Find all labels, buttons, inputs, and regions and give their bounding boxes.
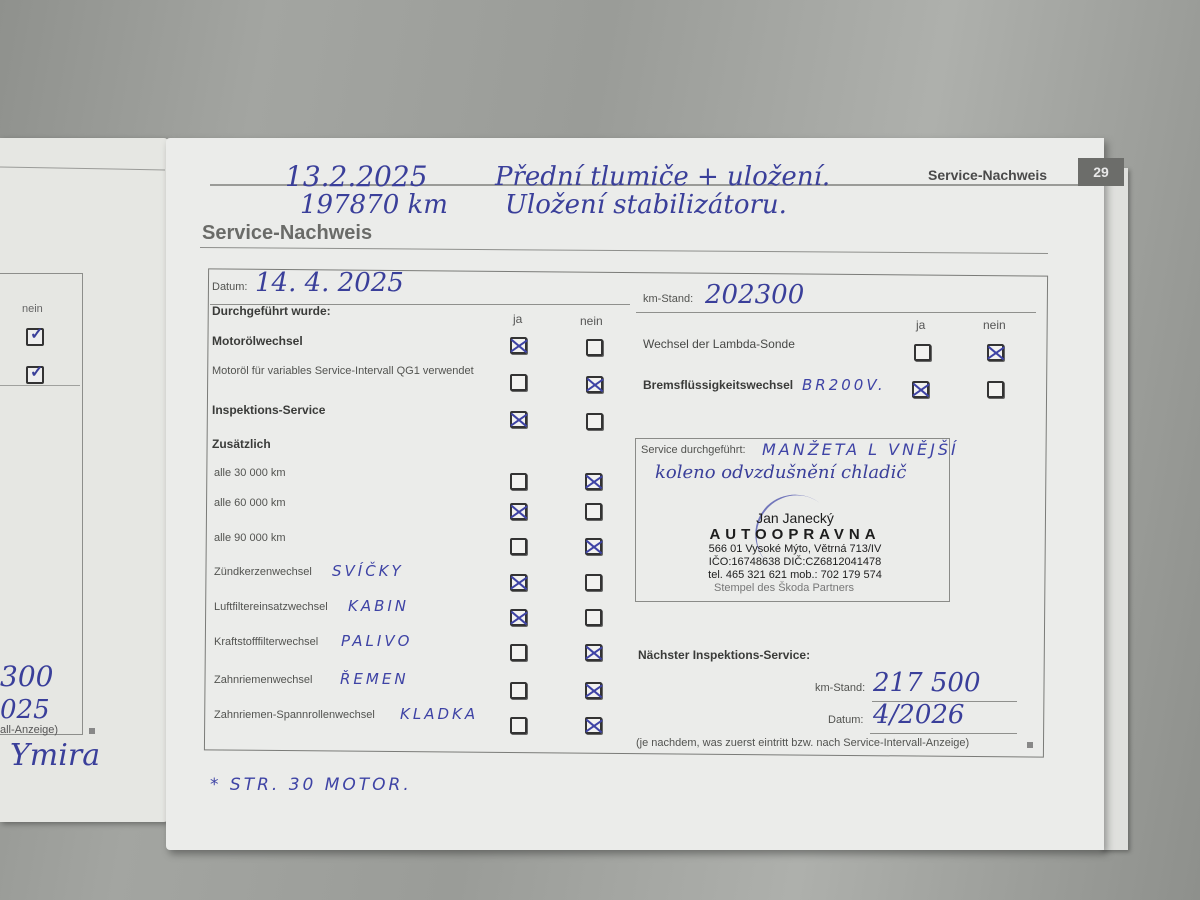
checkbox-motoroelwechsel-nein[interactable] [586, 339, 603, 356]
checkbox-kraftstofffilterwechsel-nein[interactable] [585, 644, 602, 661]
footnote: (je nachdem, was zuerst eintritt bzw. na… [636, 737, 969, 749]
stamp-phone: tel. 465 321 621 mob.: 702 179 574 [680, 569, 910, 582]
datum-label: Datum: [212, 281, 247, 293]
column-ja: ja [513, 312, 522, 326]
checkbox-checked[interactable] [26, 366, 44, 384]
item-zahnriemenwechsel: Zahnriemenwechsel [214, 674, 312, 686]
service-performed-line2[interactable]: koleno odvzdušnění chladič [655, 462, 907, 483]
handwritten-km: 300 [0, 660, 53, 693]
handwritten-km: 197870 km [300, 190, 448, 220]
page-number: 29 [1078, 158, 1124, 186]
item-inspektions-service: Inspektions-Service [212, 403, 325, 417]
item-luftfiltereinsatzwechsel: Luftfiltereinsatzwechsel [214, 601, 328, 613]
stamp-company: AUTOOPRAVNA [680, 526, 910, 543]
datum-field[interactable]: 14. 4. 2025 [255, 268, 404, 298]
checkbox-inspektions-service-ja[interactable] [510, 411, 527, 428]
next-km-label: km-Stand: [815, 682, 865, 694]
handwritten-year: 025 [0, 695, 50, 725]
end-marker [89, 728, 95, 734]
service-performed-line1[interactable]: MANŽETA L VNĚJŠÍ [762, 440, 959, 459]
note-z-ndkerzenwechsel: SVÍČKY [332, 562, 404, 580]
checkbox-lambda-sonde-nein[interactable] [987, 344, 1004, 361]
bremsfluessigkeit-note: BR200V. [802, 376, 886, 394]
item-motoroelwechsel: Motorölwechsel [212, 334, 303, 348]
stamp-ids: IČO:16748638 DIČ:CZ6812041478 [680, 556, 910, 569]
divider [870, 733, 1017, 734]
note-kraftstofffilterwechsel: PALIVO [341, 632, 412, 650]
checkbox-alle-90-000-km-nein[interactable] [585, 538, 602, 555]
item-z-ndkerzenwechsel: Zündkerzenwechsel [214, 566, 312, 578]
checkbox-alle-90-000-km-ja[interactable] [510, 538, 527, 555]
checkbox-motoroel-qg1-ja[interactable] [510, 374, 527, 391]
item-motoroel-qg1: Motoröl für variables Service-Intervall … [212, 364, 482, 379]
divider [0, 385, 80, 386]
divider [636, 312, 1036, 313]
column-nein: nein [580, 314, 603, 328]
checkbox-bremsfluessigkeit-ja[interactable] [912, 381, 929, 398]
checkbox-alle-30-000-km-ja[interactable] [510, 473, 527, 490]
item-kraftstofffilterwechsel: Kraftstofffilterwechsel [214, 636, 318, 648]
item-bremsfluessigkeit: Bremsflüssigkeitswechsel [643, 378, 793, 392]
checkbox-zahnriemenwechsel-nein[interactable] [585, 682, 602, 699]
checkbox-zahnriemen-spannrollenwechsel-nein[interactable] [585, 717, 602, 734]
checkbox-luftfiltereinsatzwechsel-ja[interactable] [510, 609, 527, 626]
left-page: nein 300 025 all-Anzeige) Ymira [0, 138, 168, 822]
column-nein-label: nein [22, 303, 43, 315]
service-performed-label: Service durchgeführt: [641, 444, 746, 456]
checkbox-bremsfluessigkeit-nein[interactable] [987, 381, 1004, 398]
section-title: Service-Nachweis [202, 222, 372, 245]
bottom-note: * STR. 30 MOTOR. [210, 775, 412, 795]
page-edge [1100, 168, 1128, 850]
note-zahnriemen-spannrollenwechsel: KLADKA [400, 705, 478, 723]
next-date-field[interactable]: 4/2026 [873, 700, 964, 730]
item-zahnriemen-spannrollenwechsel: Zahnriemen-Spannrollenwechsel [214, 709, 375, 721]
stamp-label: Stempel des Škoda Partners [714, 582, 854, 594]
handwritten-date: 13.2.2025 [285, 160, 428, 193]
note-luftfiltereinsatzwechsel: KABIN [348, 597, 409, 615]
checkbox-alle-60-000-km-ja[interactable] [510, 503, 527, 520]
checkbox-zahnriemenwechsel-ja[interactable] [510, 682, 527, 699]
performed-label: Durchgeführt wurde: [212, 304, 331, 318]
column-nein-right: nein [983, 318, 1006, 332]
checkbox-alle-30-000-km-nein[interactable] [585, 473, 602, 490]
km-stand-field[interactable]: 202300 [705, 280, 804, 310]
stamp-name: Jan Janecký [680, 510, 910, 526]
handwritten-signature: Ymira [10, 738, 100, 773]
checkbox-lambda-sonde-ja[interactable] [914, 344, 931, 361]
item-alle-90-000-km: alle 90 000 km [214, 532, 286, 544]
checkbox-z-ndkerzenwechsel-ja[interactable] [510, 574, 527, 591]
checkbox-luftfiltereinsatzwechsel-nein[interactable] [585, 609, 602, 626]
checkbox-checked[interactable] [26, 328, 44, 346]
next-date-label: Datum: [828, 714, 863, 726]
dealer-stamp: Jan Janecký AUTOOPRAVNA 566 01 Vysoké Mý… [680, 510, 910, 582]
checkbox-z-ndkerzenwechsel-nein[interactable] [585, 574, 602, 591]
checkbox-zahnriemen-spannrollenwechsel-ja[interactable] [510, 717, 527, 734]
next-service-label: Nächster Inspektions-Service: [638, 648, 810, 662]
footnote-fragment: all-Anzeige) [0, 724, 58, 736]
additional-label: Zusätzlich [212, 437, 271, 451]
handwritten-note-2: Uložení stabilizátoru. [505, 190, 787, 220]
checkbox-motoroelwechsel-ja[interactable] [510, 337, 527, 354]
item-lambda-sonde: Wechsel der Lambda-Sonde [643, 337, 795, 351]
end-marker [1027, 742, 1033, 748]
item-alle-60-000-km: alle 60 000 km [214, 497, 286, 509]
next-km-field[interactable]: 217 500 [873, 668, 981, 698]
handwritten-note-1: Přední tlumiče + uložení. [495, 162, 830, 192]
checkbox-motoroel-qg1-nein[interactable] [586, 376, 603, 393]
checkbox-kraftstofffilterwechsel-ja[interactable] [510, 644, 527, 661]
note-zahnriemenwechsel: ŘEMEN [340, 670, 409, 688]
checkbox-alle-60-000-km-nein[interactable] [585, 503, 602, 520]
checkbox-inspektions-service-nein[interactable] [586, 413, 603, 430]
stamp-address: 566 01 Vysoké Mýto, Větrná 713/IV [680, 543, 910, 556]
divider [0, 167, 165, 171]
column-ja-right: ja [916, 318, 925, 332]
header-title: Service-Nachweis [928, 167, 1047, 183]
km-stand-label: km-Stand: [643, 293, 693, 305]
item-alle-30-000-km: alle 30 000 km [214, 467, 286, 479]
